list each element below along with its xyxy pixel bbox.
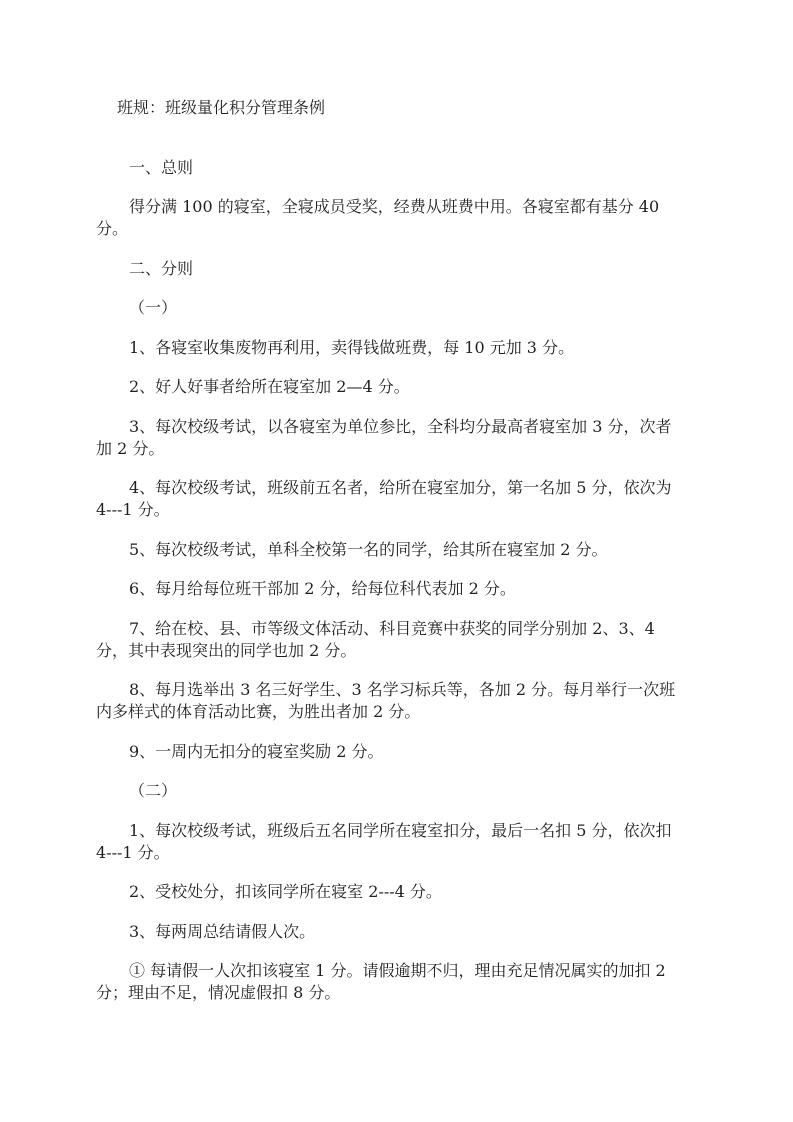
document-title: 班规：班级量化积分管理条例 (96, 97, 733, 119)
rule-item: 3、每两周总结请假人次。 (96, 921, 733, 943)
rule-item: 2、受校处分，扣该同学所在寝室 2---4 分。 (96, 881, 733, 903)
section-heading-general: 一、总则 (96, 157, 733, 179)
rule-item: 2、好人好事者给所在寝室加 2—4 分。 (96, 376, 733, 398)
subsection-heading-1: （一） (96, 297, 733, 319)
rule-item: 5、每次校级考试，单科全校第一名的同学，给其所在寝室加 2 分。 (96, 539, 733, 561)
rule-item: 3、每次校级考试，以各寝室为单位参比，全科均分最高者寝室加 3 分，次者 加 2… (96, 416, 733, 460)
rule-item: 8、每月选举出 3 名三好学生、3 名学习标兵等，各加 2 分。每月举行一次班 … (96, 679, 733, 723)
rule-item: 4、每次校级考试，班级前五名者，给所在寝室加分，第一名加 5 分，依次为 4--… (96, 477, 733, 521)
rule-item: 9、一周内无扣分的寝室奖励 2 分。 (96, 741, 733, 763)
rule-item: 7、给在校、县、市等级文体活动、科目竞赛中获奖的同学分别加 2、3、4 分，其中… (96, 618, 733, 662)
paragraph-general-rule: 得分满 100 的寝室，全寝成员受奖，经费从班费中用。各寝室都有基分 40 分。 (96, 196, 733, 240)
subsection-heading-2: （二） (96, 780, 733, 802)
rule-item: 1、每次校级考试，班级后五名同学所在寝室扣分，最后一名扣 5 分，依次扣 4--… (96, 820, 733, 864)
section-heading-detailed: 二、分则 (96, 258, 733, 280)
rule-item: ① 每请假一人次扣该寝室 1 分。请假逾期不归，理由充足情况属实的加扣 2 分；… (96, 960, 733, 1004)
rule-item: 1、各寝室收集废物再利用，卖得钱做班费，每 10 元加 3 分。 (96, 337, 733, 359)
rule-item: 6、每月给每位班干部加 2 分，给每位科代表加 2 分。 (96, 578, 733, 600)
document-page: 班规：班级量化积分管理条例 一、总则 得分满 100 的寝室，全寝成员受奖，经费… (0, 0, 793, 1122)
